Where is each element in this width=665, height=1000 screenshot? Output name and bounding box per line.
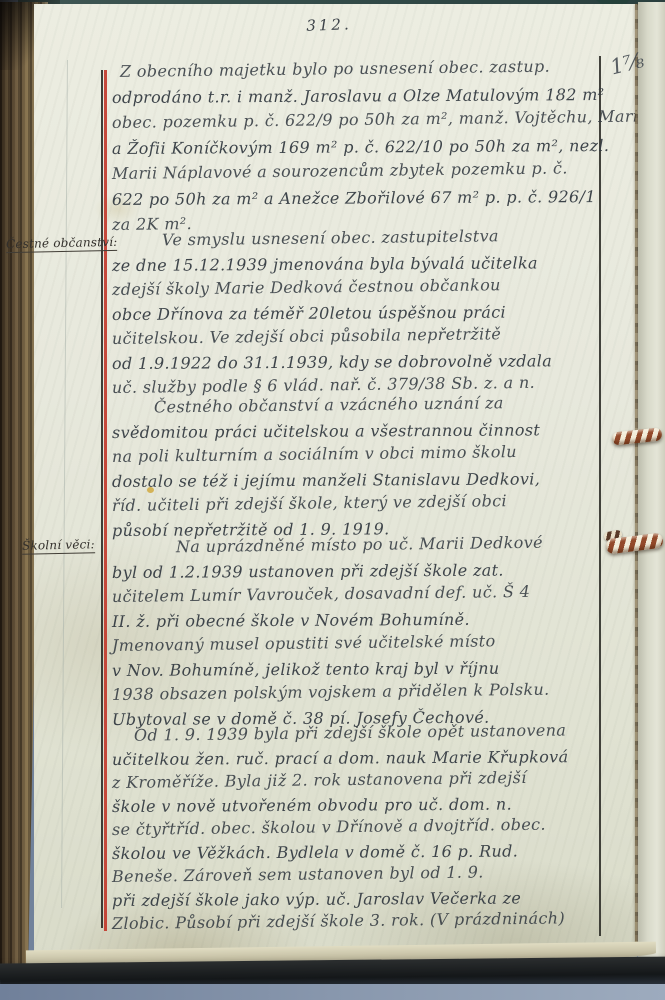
paragraph-skolni-veci-pokracovani: Od 1. 9. 1939 byla při zdejší škole opět… bbox=[112, 726, 637, 938]
handwritten-line: zdejší školy Marie Dedková čestnou občan… bbox=[112, 274, 637, 305]
handwritten-line: obec. pozemku p. č. 622/9 po 50h za m², … bbox=[112, 107, 637, 139]
handwritten-line: Zlobic. Působí při zdejší škole 3. rok. … bbox=[112, 908, 637, 938]
paragraph-skolni-veci: Na uprázdněné místo po uč. Marii Dedkové… bbox=[112, 538, 637, 734]
paragraph-cestne-obcanstvi-pokracovani: Čestného občanství a vzácného uznání zas… bbox=[112, 398, 637, 545]
handwritten-line: Marii Náplavové a sourozencům zbytek poz… bbox=[112, 158, 637, 190]
margin-rule-black bbox=[101, 70, 103, 928]
page-number: 312. bbox=[284, 14, 375, 35]
handwritten-line: Beneše. Zároveň sem ustanoven byl od 1. … bbox=[112, 861, 637, 891]
handwritten-line: říd. učiteli při zdejší škole, který ve … bbox=[112, 490, 637, 521]
table-surface bbox=[0, 984, 665, 1000]
margin-rule-red bbox=[104, 70, 107, 931]
handwritten-line: Jmenovaný musel opustiti své učitelské m… bbox=[112, 630, 637, 661]
margin-note-skolni-veci: Školní věci: bbox=[22, 537, 95, 555]
handwritten-line: se čtyřtříd. obec. školou v Dřínově a dv… bbox=[112, 814, 637, 844]
handwritten-line: 1938 obsazen polským vojskem a přidělen … bbox=[112, 679, 637, 710]
chronicle-photo: 312. Čestné občanství: Školní věci: Z ob… bbox=[0, 0, 665, 1000]
paragraph-obecni-majetek: Z obecního majetku bylo po usnesení obec… bbox=[112, 62, 637, 241]
paragraph-cestne-obcanstvi: Ve smyslu usnesení obec. zastupitelstvaz… bbox=[112, 231, 637, 403]
handwritten-line: Čestného občanství a vzácného uznání za bbox=[112, 392, 637, 423]
margin-note-cestne-obcanstvi: Čestné občanství: bbox=[6, 235, 118, 253]
handwritten-line: Ve smyslu usnesení obec. zastupitelstva bbox=[112, 225, 637, 256]
handwritten-line: Na uprázdněné místo po uč. Marii Dedkové bbox=[112, 532, 637, 563]
handwritten-line: učitelskou. Ve zdejší obci působila nepř… bbox=[112, 323, 637, 354]
handwritten-line: učitelem Lumír Vavrouček, dosavadní def.… bbox=[112, 581, 637, 612]
handwritten-line: Od 1. 9. 1939 byla při zdejší škole opět… bbox=[112, 720, 637, 750]
facing-page-edge bbox=[638, 2, 665, 962]
handwritten-line: Z obecního majetku bylo po usnesení obec… bbox=[112, 56, 637, 88]
handwritten-line: na poli kulturním a sociálním v obci mim… bbox=[112, 441, 637, 472]
handwritten-line: z Kroměříže. Byla již 2. rok ustanovena … bbox=[112, 767, 637, 797]
